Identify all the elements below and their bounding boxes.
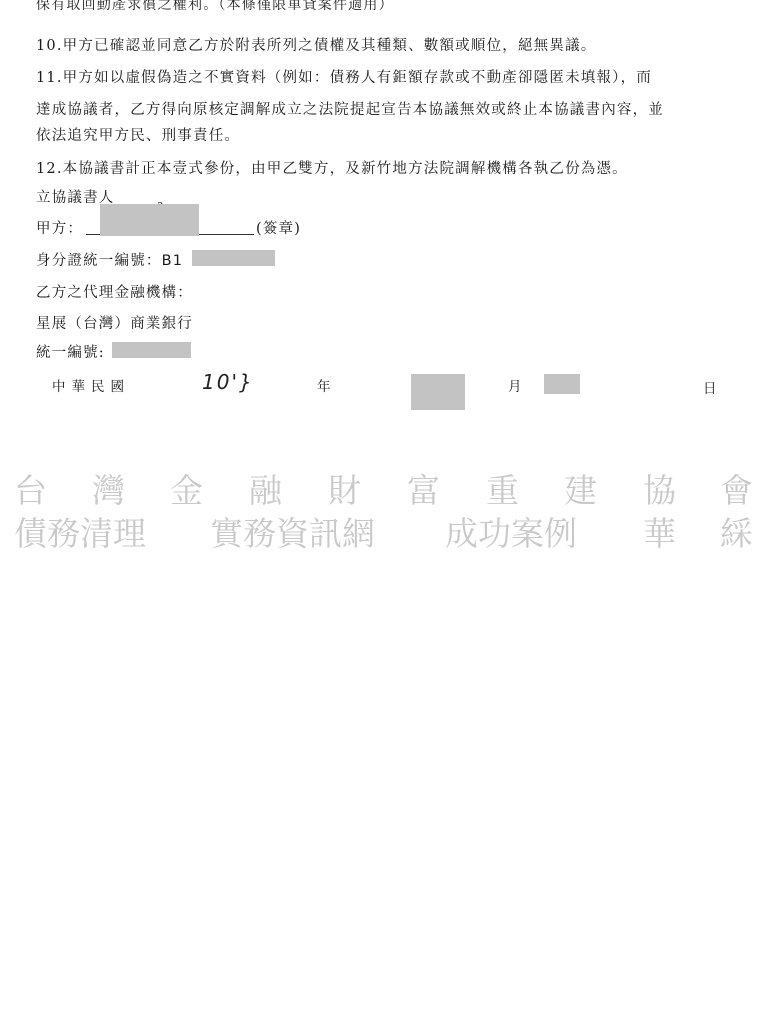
id-number-row: 身分證統一編號：B1	[36, 249, 183, 270]
watermark-group: 華	[643, 508, 676, 555]
clause-text: 甲方已確認並同意乙方於附表所列之債權及其種類、數額或順位，絕無異議。	[63, 38, 597, 54]
clause-number: 11.	[36, 70, 63, 86]
watermark-char: 重	[486, 465, 519, 512]
year-label: 年	[317, 375, 337, 395]
id-prefix: B1	[162, 253, 184, 269]
continued-clause-line: 保有取回動產求償之權利。（本條僅限車貸案件適用）	[36, 0, 394, 14]
id-label: 身分證統一編號：	[36, 253, 162, 269]
watermark-char: 富	[407, 465, 440, 512]
clause-10: 10.甲方已確認並同意乙方於附表所列之債權及其種類、數額或順位，絕無異議。	[36, 34, 596, 55]
watermark-char: 融	[249, 465, 282, 512]
party-b-bank-name: 星展（台灣）商業銀行	[36, 312, 193, 333]
watermark-line-2: 債務清理 實務資訊網 成功案例 華 綵	[0, 508, 768, 548]
clause-text: 本協議書計正本壹式參份，由甲乙雙方，及新竹地方法院調解機構各執乙份為憑。	[63, 161, 628, 177]
clause-11-line-2: 達成協議者，乙方得向原核定調解成立之法院提起宣告本協議無效或終止本協議書內容，並	[36, 98, 664, 119]
month-redaction	[411, 374, 465, 410]
year-handwritten: 10'}	[202, 370, 254, 394]
party-b-agent-label: 乙方之代理金融機構：	[36, 281, 193, 302]
document-page: 保有取回動產求償之權利。（本條僅限車貸案件適用） 10.甲方已確認並同意乙方於附…	[0, 0, 768, 1024]
watermark-char: 灣	[92, 465, 125, 512]
clause-text: 甲方如以虛假偽造之不實資料（例如：債務人有鉅額存款或不動產卻隱匿未填報），而	[63, 70, 652, 86]
watermark-char: 協	[643, 465, 676, 512]
watermark-group: 成功案例	[445, 508, 577, 555]
watermark-char: 會	[720, 465, 753, 512]
watermark-group: 債務清理	[14, 508, 146, 555]
party-a-label: 甲方：	[36, 217, 83, 238]
party-a-name-redaction	[100, 204, 199, 236]
clause-11-line-3: 依法追究甲方民、刑事責任。	[36, 124, 240, 145]
watermark-char: 台	[14, 465, 47, 512]
watermark-group: 實務資訊網	[210, 508, 375, 555]
clause-number: 10.	[36, 38, 63, 54]
month-label: 月	[508, 375, 528, 395]
watermark-char: 財	[328, 465, 361, 512]
tax-id-label: 統一編號:	[36, 341, 105, 362]
day-redaction	[544, 374, 580, 394]
clause-11-line-1: 11.甲方如以虛假偽造之不實資料（例如：債務人有鉅額存款或不動產卻隱匿未填報），…	[36, 66, 652, 87]
id-number-redaction	[192, 250, 275, 266]
clause-12: 12.本協議書計正本壹式參份，由甲乙雙方，及新竹地方法院調解機構各執乙份為憑。	[36, 157, 628, 178]
watermark-line-1: 台 灣 金 融 財 富 重 建 協 會	[0, 465, 768, 505]
watermark-group: 綵	[720, 508, 753, 555]
era-label: 中華民國	[52, 375, 130, 395]
day-label: 日	[703, 377, 723, 397]
watermark-char: 建	[564, 465, 597, 512]
tax-id-redaction	[112, 342, 191, 358]
watermark-char: 金	[170, 465, 203, 512]
signature-suffix: (簽章)	[256, 217, 301, 238]
clause-number: 12.	[36, 161, 63, 177]
